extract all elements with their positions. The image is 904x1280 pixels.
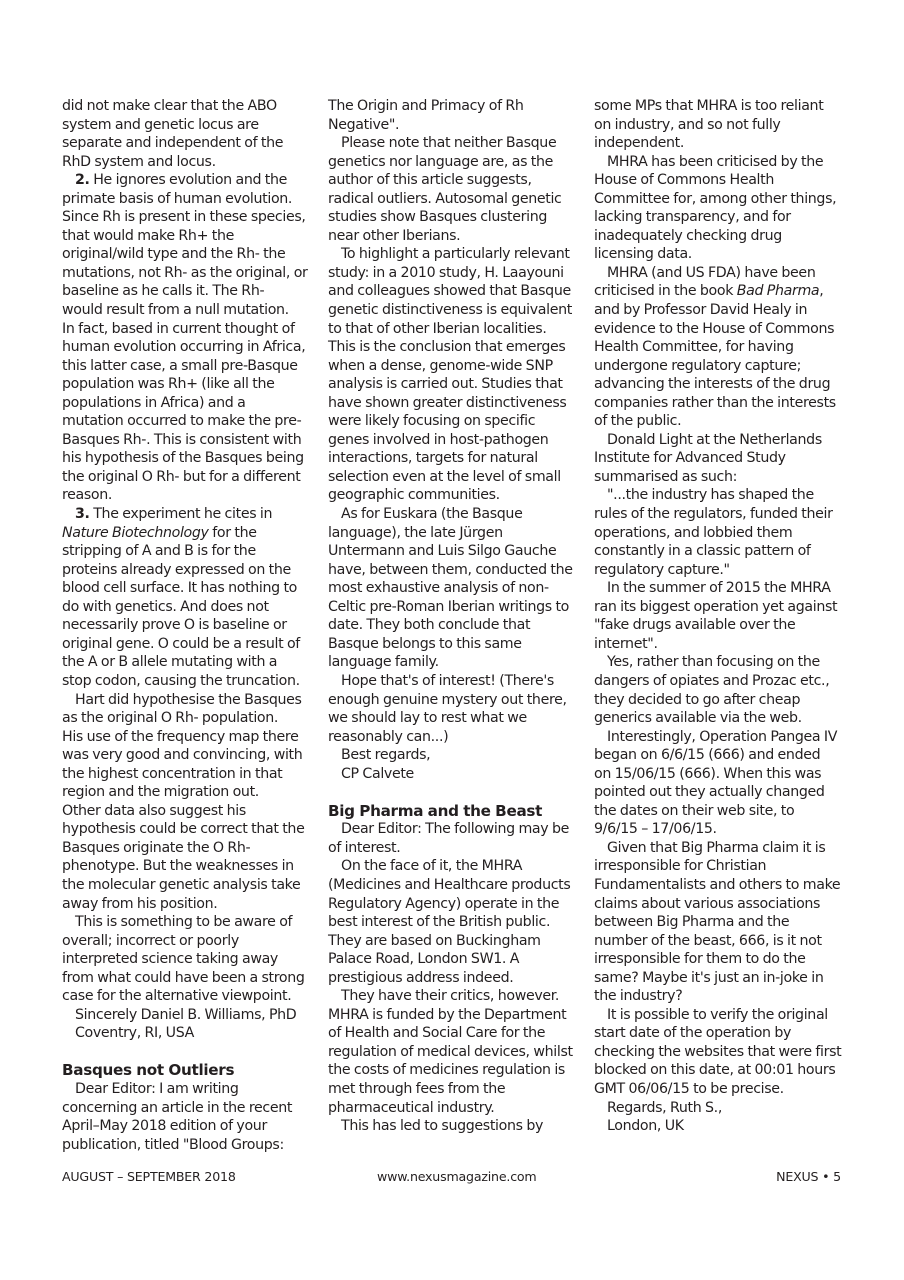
text-line: near other Iberians. — [328, 227, 578, 246]
text-line: this latter case, a small pre-Basque — [62, 357, 312, 376]
text-line: Hart did hypothesise the Basques — [62, 691, 312, 710]
text-line: lacking transparency, and for — [594, 208, 844, 227]
text-line: genetics nor language are, as the — [328, 153, 578, 172]
signature-location: London, UK — [594, 1117, 844, 1136]
text-line: do with genetics. And does not — [62, 598, 312, 617]
text-line: and colleagues showed that Basque — [328, 282, 578, 301]
text-line: of Health and Social Care for the — [328, 1024, 578, 1043]
text-line: checking the websites that were first — [594, 1043, 844, 1062]
text-line: some MPs that MHRA is too reliant — [594, 97, 844, 116]
text-line: the dates on their web site, to — [594, 802, 844, 821]
signature: Regards, Ruth S., — [594, 1099, 844, 1118]
text-line: Committee for, among other things, — [594, 190, 844, 209]
quote-line: regulatory capture." — [594, 561, 844, 580]
text-line: MHRA (and US FDA) have been — [594, 264, 844, 283]
text-line: original gene. O could be a result of — [62, 635, 312, 654]
footer-issue-date: AUGUST – SEPTEMBER 2018 — [62, 1169, 236, 1184]
text-line: companies rather than the interests — [594, 394, 844, 413]
text-line: Dear Editor: I am writing — [62, 1080, 312, 1099]
numbered-point-2: 2. He ignores evolution and the — [62, 171, 312, 190]
text-line: most exhaustive analysis of non- — [328, 579, 578, 598]
signature-location: Coventry, RI, USA — [62, 1024, 312, 1043]
quote-line: rules of the regulators, funded their — [594, 505, 844, 524]
footer-page-number: NEXUS • 5 — [776, 1169, 841, 1184]
text-line: studies show Basques clustering — [328, 208, 578, 227]
text-line: MHRA is funded by the Department — [328, 1006, 578, 1025]
text-line: mutation occurred to make the pre- — [62, 412, 312, 431]
text-line: They have their critics, however. — [328, 987, 578, 1006]
text-line: necessarily prove O is baseline or — [62, 616, 312, 635]
text-line: Nature Biotechnology for the — [62, 524, 312, 543]
text-line: This has led to suggestions by — [328, 1117, 578, 1136]
text-line: blood cell surface. It has nothing to — [62, 579, 312, 598]
text-line: GMT 06/06/15 to be precise. — [594, 1080, 844, 1099]
text-line: Yes, rather than focusing on the — [594, 653, 844, 672]
text-line: Basque belongs to this same — [328, 635, 578, 654]
text-line: the highest concentration in that — [62, 765, 312, 784]
text-line: baseline as he calls it. The Rh- — [62, 282, 312, 301]
text-line: of interest. — [328, 839, 578, 858]
text-line: we should lay to rest what we — [328, 709, 578, 728]
text-line: would result from a null mutation. — [62, 301, 312, 320]
text-line: This is something to be aware of — [62, 913, 312, 932]
column-right: some MPs that MHRA is too reliant on ind… — [594, 97, 844, 1136]
text-line: To highlight a particularly relevant — [328, 245, 578, 264]
footer-website: www.nexusmagazine.com — [377, 1169, 537, 1184]
text-line: Other data also suggest his — [62, 802, 312, 821]
text-line: the molecular genetic analysis take — [62, 876, 312, 895]
text-line: MHRA has been criticised by the — [594, 153, 844, 172]
text-line: best interest of the British public. — [328, 913, 578, 932]
text-line: Dear Editor: The following may be — [328, 820, 578, 839]
text-line: original/wild type and the Rh- the — [62, 245, 312, 264]
text-line: analysis is carried out. Studies that — [328, 375, 578, 394]
text-line: regulation of medical devices, whilst — [328, 1043, 578, 1062]
signature: Best regards, — [328, 746, 578, 765]
text-line: criticised in the book Bad Pharma, — [594, 282, 844, 301]
text-line: concerning an article in the recent — [62, 1099, 312, 1118]
text-line: phenotype. But the weaknesses in — [62, 857, 312, 876]
text-line: when a dense, genome-wide SNP — [328, 357, 578, 376]
text-line: (Medicines and Healthcare products — [328, 876, 578, 895]
text-line: reason. — [62, 486, 312, 505]
text-line: of the public. — [594, 412, 844, 431]
text-line: Health Committee, for having — [594, 338, 844, 357]
text-line: In the summer of 2015 the MHRA — [594, 579, 844, 598]
text-line: region and the migration out. — [62, 783, 312, 802]
quote-line: "...the industry has shaped the — [594, 486, 844, 505]
text-line: In fact, based in current thought of — [62, 320, 312, 339]
text-line: have, between them, conducted the — [328, 561, 578, 580]
text-line: between Big Pharma and the — [594, 913, 844, 932]
text-line: Please note that neither Basque — [328, 134, 578, 153]
text-line: hypothesis could be correct that the — [62, 820, 312, 839]
text-line: licensing data. — [594, 245, 844, 264]
text-line: As for Euskara (the Basque — [328, 505, 578, 524]
text-line: away from his position. — [62, 895, 312, 914]
text-line: Since Rh is present in these species, — [62, 208, 312, 227]
text-line: case for the alternative viewpoint. — [62, 987, 312, 1006]
point-number: 2. — [75, 172, 90, 188]
text-line: prestigious address indeed. — [328, 969, 578, 988]
text-line: They are based on Buckingham — [328, 932, 578, 951]
text-line: Palace Road, London SW1. A — [328, 950, 578, 969]
magazine-page: did not make clear that the ABO system a… — [0, 0, 904, 1280]
text-line: language), the late Jürgen — [328, 524, 578, 543]
text-line: study: in a 2010 study, H. Laayouni — [328, 264, 578, 283]
signature: Sincerely Daniel B. Williams, PhD — [62, 1006, 312, 1025]
text-line: House of Commons Health — [594, 171, 844, 190]
text-line: Hope that's of interest! (There's — [328, 672, 578, 691]
text-line: Negative". — [328, 116, 578, 135]
text-line: stop codon, causing the truncation. — [62, 672, 312, 691]
text-line: pointed out they actually changed — [594, 783, 844, 802]
text-line: number of the beast, 666, is it not — [594, 932, 844, 951]
quote-line: constantly in a classic pattern of — [594, 542, 844, 561]
text-line: the costs of medicines regulation is — [328, 1061, 578, 1080]
text-line: 9/6/15 – 17/06/15. — [594, 820, 844, 839]
text-line: Basques originate the O Rh- — [62, 839, 312, 858]
text-line: the original O Rh- but for a different — [62, 468, 312, 487]
text-line: date. They both conclude that — [328, 616, 578, 635]
text-line: populations in Africa) and a — [62, 394, 312, 413]
text-line: irresponsible for Christian — [594, 857, 844, 876]
text-line: separate and independent of the — [62, 134, 312, 153]
text-line: was very good and convincing, with — [62, 746, 312, 765]
numbered-point-3: 3. The experiment he cites in — [62, 505, 312, 524]
text-line: on industry, and so not fully — [594, 116, 844, 135]
text-line: overall; incorrect or poorly — [62, 932, 312, 951]
text-line: This is the conclusion that emerges — [328, 338, 578, 357]
text-line: began on 6/6/15 (666) and ended — [594, 746, 844, 765]
column-middle: The Origin and Primacy of Rh Negative". … — [328, 97, 578, 1136]
text-line: RhD system and locus. — [62, 153, 312, 172]
text-line: have shown greater distinctiveness — [328, 394, 578, 413]
column-left: did not make clear that the ABO system a… — [62, 97, 312, 1154]
text-line: from what could have been a strong — [62, 969, 312, 988]
point-number: 3. — [75, 506, 90, 522]
text-line: pharmaceutical industry. — [328, 1099, 578, 1118]
text-line: geographic communities. — [328, 486, 578, 505]
text-line: The Origin and Primacy of Rh — [328, 97, 578, 116]
text-line: advancing the interests of the drug — [594, 375, 844, 394]
text-line: radical outliers. Autosomal genetic — [328, 190, 578, 209]
text-line: primate basis of human evolution. — [62, 190, 312, 209]
text-line: He ignores evolution and the — [93, 172, 287, 188]
text-line: to that of other Iberian localities. — [328, 320, 578, 339]
text-line: Interestingly, Operation Pangea IV — [594, 728, 844, 747]
text-line: publication, titled "Blood Groups: — [62, 1136, 312, 1155]
text-line: claims about various associations — [594, 895, 844, 914]
text-line: irresponsible for them to do the — [594, 950, 844, 969]
text-line: April–May 2018 edition of your — [62, 1117, 312, 1136]
spacer — [62, 1043, 312, 1062]
text-line: It is possible to verify the original — [594, 1006, 844, 1025]
text-line: Untermann and Luis Silgo Gauche — [328, 542, 578, 561]
text-line: evidence to the House of Commons — [594, 320, 844, 339]
text-line: undergone regulatory capture; — [594, 357, 844, 376]
text-line: on 15/06/15 (666). When this was — [594, 765, 844, 784]
text-line: stripping of A and B is for the — [62, 542, 312, 561]
text-line: did not make clear that the ABO — [62, 97, 312, 116]
spacer — [328, 783, 578, 802]
text-line: ran its biggest operation yet against — [594, 598, 844, 617]
quote-line: operations, and lobbied them — [594, 524, 844, 543]
text-line: the industry? — [594, 987, 844, 1006]
text-line: reasonably can...) — [328, 728, 578, 747]
text-line: Celtic pre-Roman Iberian writings to — [328, 598, 578, 617]
text-line: human evolution occurring in Africa, — [62, 338, 312, 357]
text-line: inadequately checking drug — [594, 227, 844, 246]
text-line: Donald Light at the Netherlands — [594, 431, 844, 450]
letter-heading: Big Pharma and the Beast — [328, 802, 578, 821]
text-line: as the original O Rh- population. — [62, 709, 312, 728]
text-line: system and genetic locus are — [62, 116, 312, 135]
book-title: Bad Pharma — [737, 283, 820, 299]
text-line: The experiment he cites in — [93, 506, 272, 522]
text-line: met through fees from the — [328, 1080, 578, 1099]
text-line: mutations, not Rh- as the original, or — [62, 264, 312, 283]
text-line: "fake drugs available over the — [594, 616, 844, 635]
text-line: were likely focusing on specific — [328, 412, 578, 431]
text-line: Given that Big Pharma claim it is — [594, 839, 844, 858]
text-line: interactions, targets for natural — [328, 449, 578, 468]
text-line: dangers of opiates and Prozac etc., — [594, 672, 844, 691]
text-line: Regulatory Agency) operate in the — [328, 895, 578, 914]
text-line: language family. — [328, 653, 578, 672]
letter-heading: Basques not Outliers — [62, 1061, 312, 1080]
text-line: same? Maybe it's just an in-joke in — [594, 969, 844, 988]
text-line: genetic distinctiveness is equivalent — [328, 301, 578, 320]
text-line: blocked on this date, at 00:01 hours — [594, 1061, 844, 1080]
text-line: the A or B allele mutating with a — [62, 653, 312, 672]
text-line: his hypothesis of the Basques being — [62, 449, 312, 468]
text-line: and by Professor David Healy in — [594, 301, 844, 320]
text-line: His use of the frequency map there — [62, 728, 312, 747]
text-line: that would make Rh+ the — [62, 227, 312, 246]
text-line: enough genuine mystery out there, — [328, 691, 578, 710]
text-line: Fundamentalists and others to make — [594, 876, 844, 895]
text-line: independent. — [594, 134, 844, 153]
text-line: author of this article suggests, — [328, 171, 578, 190]
text-line: selection even at the level of small — [328, 468, 578, 487]
text-line: Institute for Advanced Study — [594, 449, 844, 468]
text-line: proteins already expressed on the — [62, 561, 312, 580]
text-line: summarised as such: — [594, 468, 844, 487]
text-line: On the face of it, the MHRA — [328, 857, 578, 876]
text-line: generics available via the web. — [594, 709, 844, 728]
text-line: they decided to go after cheap — [594, 691, 844, 710]
journal-title: Nature Biotechnology — [62, 525, 209, 541]
text-line: internet". — [594, 635, 844, 654]
text-line: start date of the operation by — [594, 1024, 844, 1043]
text-line: genes involved in host-pathogen — [328, 431, 578, 450]
text-line: Basques Rh-. This is consistent with — [62, 431, 312, 450]
text-line: interpreted science taking away — [62, 950, 312, 969]
text-line: population was Rh+ (like all the — [62, 375, 312, 394]
signature-name: CP Calvete — [328, 765, 578, 784]
